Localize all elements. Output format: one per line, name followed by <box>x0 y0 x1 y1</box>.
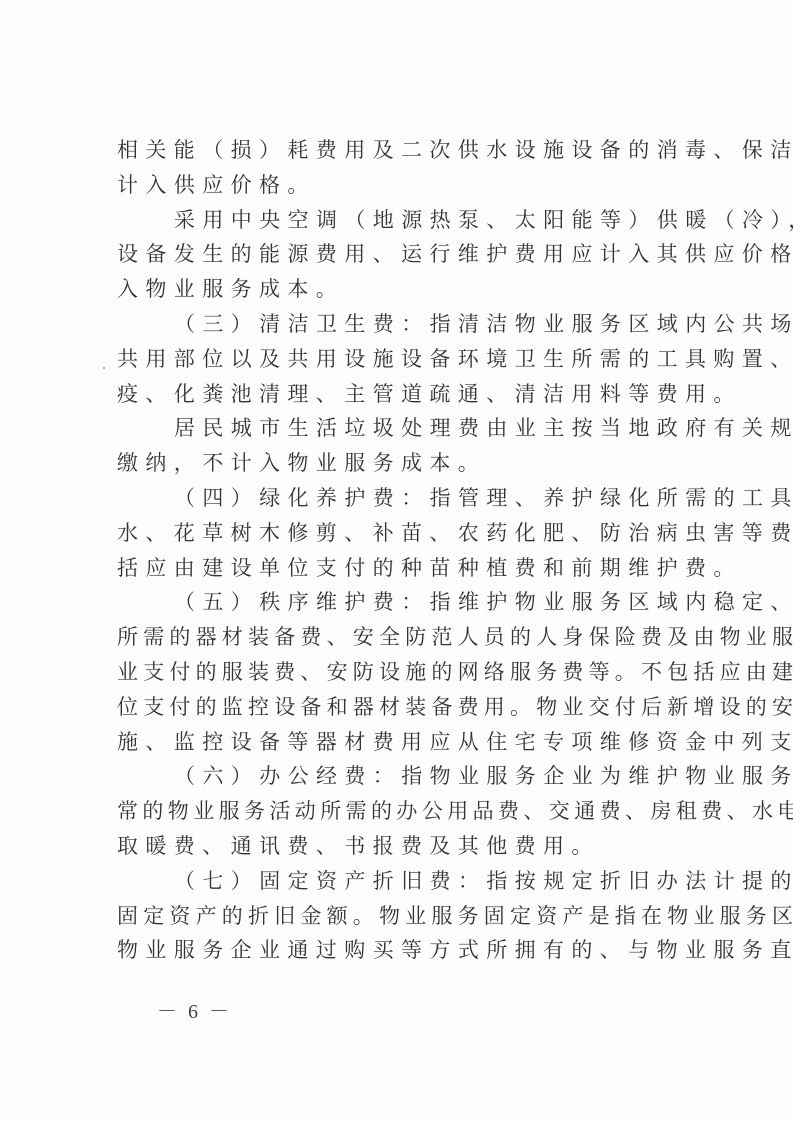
page-number: － 6 － <box>157 1000 232 1024</box>
section-heading-line-6: （六）办公经费：指物业服务企业为维护物业服务区域内正 <box>117 759 695 794</box>
text-line: 相关能（损）耗费用及二次供水设施设备的消毒、保洁防疫费用 <box>117 133 695 168</box>
section-heading-line-3: （三）清洁卫生费：指清洁物业服务区域内公共场地（所）、 <box>117 307 695 342</box>
text-line: 位支付的监控设备和器材装备费用。物业交付后新增设的安防设 <box>117 690 695 725</box>
scan-artifact-dot <box>103 367 105 369</box>
section-heading-line-5: （五）秩序维护费：指维护物业服务区域内稳定、安全秩序 <box>117 585 695 620</box>
text-line: 常的物业服务活动所需的办公用品费、交通费、房租费、水电费、 <box>117 794 695 829</box>
text-line: 业支付的服装费、安防设施的网络服务费等。不包括应由建设单 <box>117 655 695 690</box>
text-line: 疫、化粪池清理、主管道疏通、清洁用料等费用。 <box>117 377 695 412</box>
text-line: 水、花草树木修剪、补苗、农药化肥、防治病虫害等费用。不包 <box>117 516 695 551</box>
text-line: 施、监控设备等器材费用应从住宅专项维修资金中列支。 <box>117 725 695 760</box>
text-line: 计入供应价格。 <box>117 168 695 203</box>
text-line: 缴纳，不计入物业服务成本。 <box>117 446 695 481</box>
text-line: 入物业服务成本。 <box>117 272 695 307</box>
document-page: 相关能（损）耗费用及二次供水设施设备的消毒、保洁防疫费用 计入供应价格。 采用中… <box>0 0 793 1122</box>
text-line: 共用部位以及共用设施设备环境卫生所需的工具购置、消杀防 <box>117 342 695 377</box>
paragraph-start-line: 采用中央空调（地源热泵、太阳能等）供暖（冷），其动力 <box>117 203 695 238</box>
text-line: 设备发生的能源费用、运行维护费用应计入其供应价格中，不计 <box>117 237 695 272</box>
text-line: 所需的器材装备费、安全防范人员的人身保险费及由物业服务企 <box>117 620 695 655</box>
section-heading-line-4: （四）绿化养护费：指管理、养护绿化所需的工具购置、用 <box>117 481 695 516</box>
text-line: 括应由建设单位支付的种苗种植费和前期维护费。 <box>117 551 695 586</box>
text-line: 物业服务企业通过购买等方式所拥有的、与物业服务直接相关 <box>117 933 695 968</box>
section-heading-line-7: （七）固定资产折旧费：指按规定折旧办法计提的物业服务 <box>117 864 695 899</box>
text-line: 固定资产的折旧金额。物业服务固定资产是指在物业服务区内由 <box>117 899 695 934</box>
text-line: 取暖费、通讯费、书报费及其他费用。 <box>117 829 695 864</box>
body-text: 相关能（损）耗费用及二次供水设施设备的消毒、保洁防疫费用 计入供应价格。 采用中… <box>117 133 695 968</box>
paragraph-start-line: 居民城市生活垃圾处理费由业主按当地政府有关规定自行 <box>117 411 695 446</box>
